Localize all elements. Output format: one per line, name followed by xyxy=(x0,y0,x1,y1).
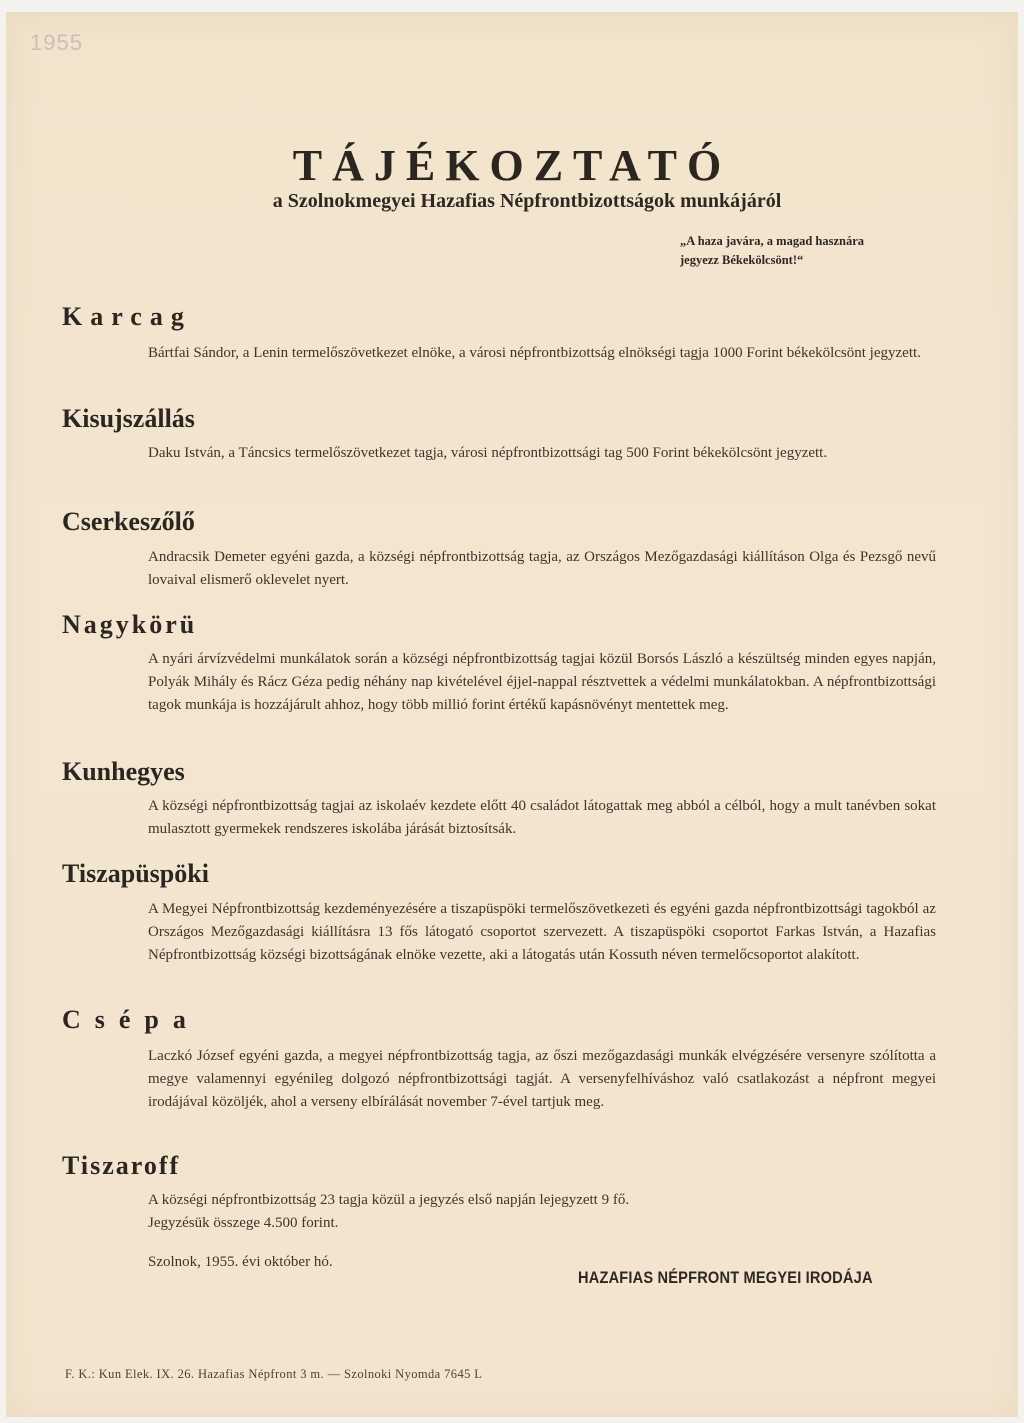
section-text: A nyári árvízvédelmi munkálatok során a … xyxy=(148,648,936,717)
section-text: A községi népfrontbizottság tagjai az is… xyxy=(148,795,936,841)
printer-imprint: F. K.: Kun Elek. IX. 26. Hazafias Népfro… xyxy=(65,1367,482,1382)
section-body-tiszapuspoki: A Megyei Népfrontbizottság kezdeményezés… xyxy=(148,898,936,967)
section-body-kisujszallas: Daku István, a Táncsics termelőszövetkez… xyxy=(148,442,936,465)
document-subtitle: a Szolnokmegyei Hazafias Népfrontbizotts… xyxy=(0,190,1024,213)
section-heading-cserkeszolo: Cserkeszőlő xyxy=(62,507,195,537)
section-body-nagykoru: A nyári árvízvédelmi munkálatok során a … xyxy=(148,648,936,717)
section-text: Andracsik Demeter egyéni gazda, a község… xyxy=(148,546,936,592)
section-heading-kunhegyes: Kunhegyes xyxy=(62,757,185,787)
section-heading-kisujszallas: Kisujszállás xyxy=(62,404,195,434)
section-body-tiszaroff: A községi népfrontbizottság 23 tagja köz… xyxy=(148,1189,936,1235)
section-body-kunhegyes: A községi népfrontbizottság tagjai az is… xyxy=(148,795,936,841)
section-heading-karcag: Karcag xyxy=(62,302,192,332)
motto: „A haza javára, a magad hasznára jegyezz… xyxy=(680,232,864,270)
archive-stamp: 1955 xyxy=(30,30,83,56)
document-title: TÁJÉKOZTATÓ xyxy=(0,140,1024,191)
section-text: Daku István, a Táncsics termelőszövetkez… xyxy=(148,442,936,465)
section-text: Laczkó József egyéni gazda, a megyei nép… xyxy=(148,1045,936,1114)
section-text: A Megyei Népfrontbizottság kezdeményezés… xyxy=(148,898,936,967)
section-heading-csepa: Csépa xyxy=(62,1005,200,1035)
section-heading-tiszaroff: Tiszaroff xyxy=(62,1151,180,1181)
section-body-karcag: Bártfai Sándor, a Lenin termelőszövetkez… xyxy=(148,342,936,365)
signature: HAZAFIAS NÉPFRONT MEGYEI IRODÁJA xyxy=(578,1268,873,1288)
motto-line-2: jegyezz Békekölcsönt!“ xyxy=(680,251,864,270)
motto-line-1: „A haza javára, a magad hasznára xyxy=(680,232,864,251)
section-heading-tiszapuspoki: Tiszapüspöki xyxy=(62,859,209,889)
section-body-cserkeszolo: Andracsik Demeter egyéni gazda, a község… xyxy=(148,546,936,592)
section-text: Bártfai Sándor, a Lenin termelőszövetkez… xyxy=(148,342,936,365)
section-text-line-2: Jegyzésük összege 4.500 forint. xyxy=(148,1212,936,1235)
section-heading-nagykoru: Nagykörü xyxy=(62,610,197,640)
section-body-csepa: Laczkó József egyéni gazda, a megyei nép… xyxy=(148,1045,936,1114)
section-text-line-1: A községi népfrontbizottság 23 tagja köz… xyxy=(148,1189,936,1212)
date-line: Szolnok, 1955. évi október hó. xyxy=(148,1254,333,1271)
